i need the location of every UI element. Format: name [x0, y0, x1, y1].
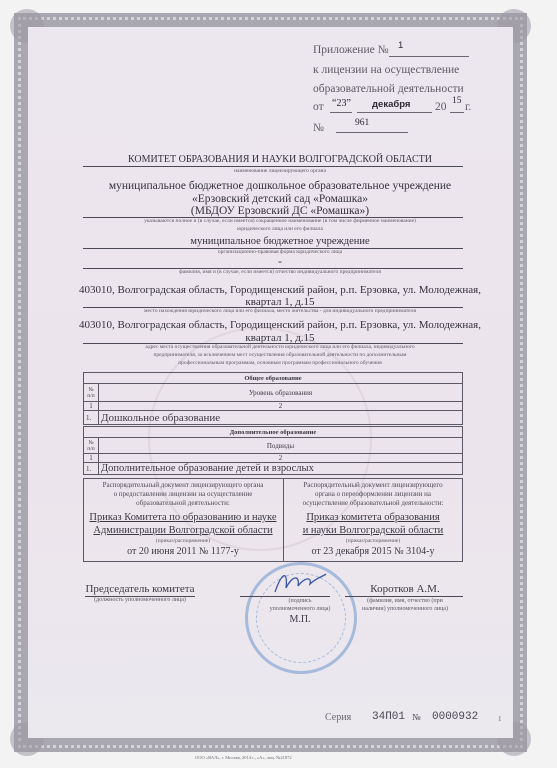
general-education-table: Общее образование № п/п Уровень образова… — [83, 372, 463, 425]
entrepreneur-caption: фамилия, имя и (в случае, если имеется) … — [60, 269, 500, 275]
appendix-day: “23” — [332, 98, 351, 109]
left-doc-header-1: Распорядительный документ лицензирующего… — [84, 481, 282, 489]
activity-caption-2: предпринимателя, за исключением мест осу… — [60, 352, 500, 358]
series-label: Серия — [325, 712, 351, 723]
legal-form-caption: организационно-правовая форма юридическо… — [60, 249, 500, 255]
left-doc-name-1: Приказ Комитета по образованию и науке — [84, 512, 282, 523]
row-value: Дополнительное образование детей и взрос… — [99, 463, 463, 475]
appendix-year-prefix: 20 — [435, 101, 447, 113]
appendix-month: декабря — [372, 99, 410, 110]
table-row: 1. Дополнительное образование детей и вз… — [84, 463, 463, 475]
table-row: 1. Дошкольное образование — [84, 411, 463, 425]
index-cell: 1 — [84, 454, 99, 463]
authority-name: КОМИТЕТ ОБРАЗОВАНИЯ И НАУКИ ВОЛГОГРАДСКО… — [60, 154, 500, 165]
signatory-name: Коротков А.М. — [345, 583, 465, 595]
signature-icon — [270, 568, 330, 598]
org-name-caption-2: юридического лица или его филиала — [60, 226, 500, 232]
col-num-header: № п/п — [84, 438, 99, 454]
activity-caption-3: профессиональным программам, основным пр… — [60, 360, 500, 366]
org-full-name-2: «Ерзовский детский сад «Ромашка» — [60, 193, 500, 205]
signature-caption-2: уполномоченного лица) — [240, 606, 360, 612]
left-doc-header-3: образовательной деятельности: — [84, 499, 282, 507]
org-name-caption-1: указываются полное и (в случае, если име… — [60, 218, 500, 224]
serial-number-label: № — [412, 712, 421, 722]
org-location-1: 403010, Волгоградская область, Городищен… — [60, 284, 500, 296]
right-doc-header-1: Распорядительный документ лицензирующего — [283, 481, 463, 489]
org-short-name: (МБДОУ Ерзовский ДС «Ромашка») — [60, 205, 500, 217]
additional-education-table: Дополнительное образование № п/п Подвиды… — [83, 426, 463, 475]
appendix-number: 1 — [398, 40, 403, 51]
index-cell: 2 — [99, 454, 463, 463]
col-subtype-header: Подвиды — [99, 438, 463, 454]
index-cell: 2 — [99, 402, 463, 411]
name-caption-1: (фамилия, имя, отчество (при — [345, 598, 465, 604]
col-num-header: № п/п — [84, 384, 99, 402]
right-doc-caption: (приказ/распоряжение) — [283, 538, 463, 544]
row-value: Дошкольное образование — [99, 411, 463, 425]
right-doc-header-3: осуществление образовательной деятельнос… — [283, 499, 463, 507]
appendix-year: 15 — [452, 96, 462, 106]
activity-caption-1: адрес места осуществления образовательно… — [60, 344, 500, 350]
col-level-header: Уровень образования — [99, 384, 463, 402]
right-doc-name-2: и науки Волгоградской области — [283, 525, 463, 536]
row-num: 1. — [84, 463, 99, 475]
appendix-date-prefix: от — [313, 101, 324, 113]
right-doc-name-1: Приказ комитета образования — [283, 512, 463, 523]
right-doc-header-2: органа о переоформлении лицензии на — [283, 490, 463, 498]
appendix-line-2: образовательной деятельности — [313, 83, 464, 95]
authority-caption: наименование лицензирующего органа — [60, 168, 500, 174]
license-number: 961 — [355, 118, 369, 128]
row-num: 1. — [84, 411, 99, 425]
seal-label: М.П. — [240, 614, 360, 625]
signatory-position: Председатель комитета — [85, 583, 195, 595]
appendix-year-end: г. — [465, 101, 471, 113]
printer-imprint: ООО «ВАЛ», г. Москва, 2014 г., «А», лиц.… — [195, 755, 292, 760]
appendix-line-1: к лицензии на осуществление — [313, 64, 459, 76]
left-doc-header-2: о предоставлении лицензии на осуществлен… — [84, 490, 282, 498]
additional-education-title: Дополнительное образование — [84, 427, 463, 438]
position-caption: (должность уполномоченного лица) — [85, 597, 195, 603]
activity-address-1: 403010, Волгоградская область, Городищен… — [60, 319, 500, 331]
signature-caption-1: (подпись — [240, 598, 360, 604]
series-value: 34П01 — [372, 711, 405, 723]
location-caption: место нахождения юридического лица или е… — [60, 308, 500, 314]
serial-number: 0000932 — [432, 711, 478, 723]
left-doc-name-2: Администрации Волгоградской области — [84, 525, 282, 536]
general-education-title: Общее образование — [84, 373, 463, 384]
org-legal-form: муниципальное бюджетное учреждение — [60, 236, 500, 247]
name-caption-2: наличии) уполномоченного лица) — [345, 606, 465, 612]
entrepreneur-name: - — [60, 256, 500, 268]
index-cell: 1 — [84, 402, 99, 411]
left-doc-caption: (приказ/распоряжение) — [84, 538, 282, 544]
appendix-label: Приложение № — [313, 44, 389, 56]
page-number: 1 — [498, 715, 502, 723]
right-doc-date: от 23 декабря 2015 № 3104-у — [283, 546, 463, 557]
left-doc-date: от 20 июня 2011 № 1177-у — [84, 546, 282, 557]
license-number-label: № — [313, 122, 324, 134]
org-full-name-1: муниципальное бюджетное дошкольное образ… — [60, 180, 500, 192]
